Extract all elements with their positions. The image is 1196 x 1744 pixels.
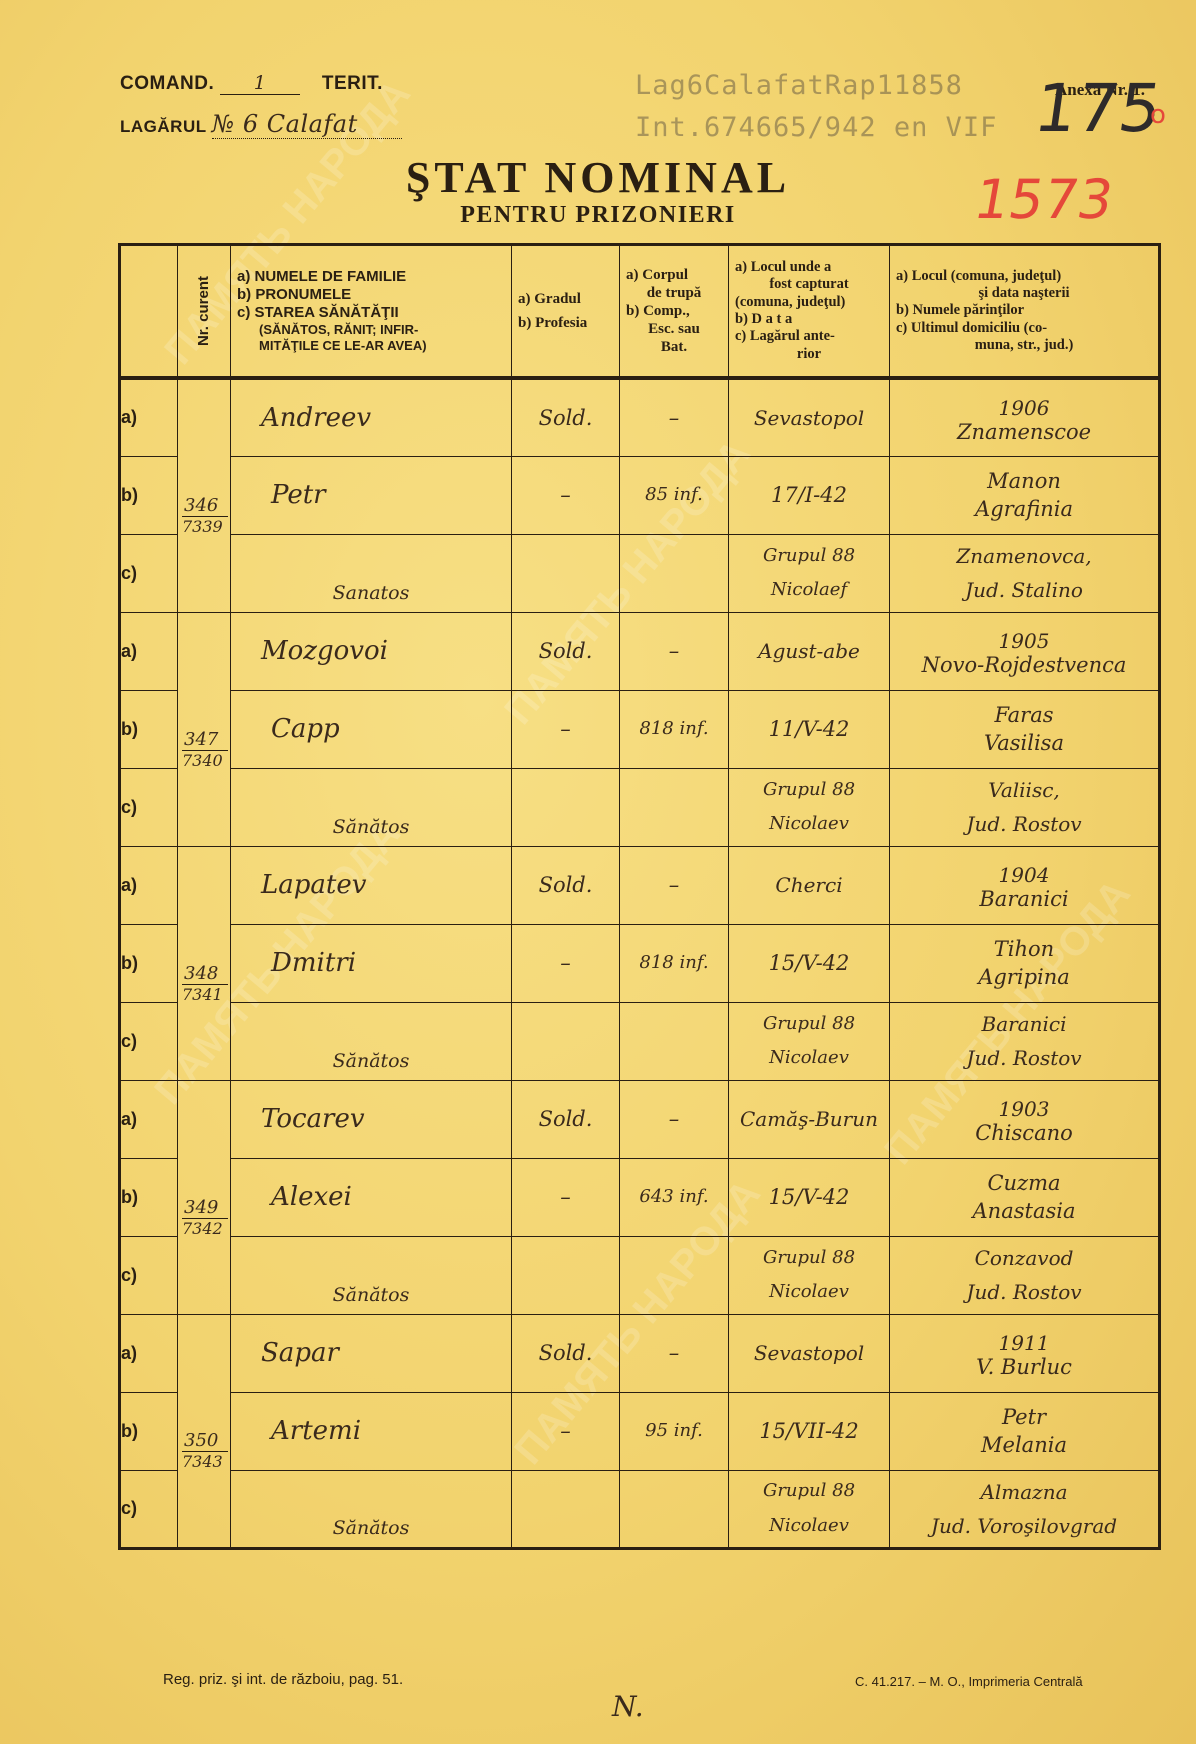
table-header-row: Nr. curent a) NUMELE DE FAMILIE b) PRONU… [120,245,1160,379]
birth-year: 1903 [890,1097,1158,1121]
birth-cell: 1903 Chiscano [890,1080,1160,1158]
red-circle-mark: o [1150,100,1166,130]
empty-cell [512,1002,620,1080]
pencil-folio-number: 175 [1030,70,1167,147]
row-label-a: a) [120,1080,178,1158]
previous-camp-group: Grupul 88 [729,1007,889,1041]
unit-a-cell: – [620,1080,729,1158]
birth-cell: 1904 Baranici [890,846,1160,924]
previous-camp-group: Grupul 88 [729,1474,889,1508]
birth-cell: 1911 V. Burluc [890,1314,1160,1392]
empty-cell [620,1236,729,1314]
previous-camp-group: Grupul 88 [729,773,889,807]
domicile-cell: Baranici Jud. Rostov [890,1002,1160,1080]
record-number: 346 7339 [178,378,231,612]
domicile-cell: Almazna Jud. Voroşilovgrad [890,1470,1160,1548]
profession-cell: – [512,456,620,534]
parent-mother: Vasilisa [890,729,1158,757]
page-title: ŞTAT NOMINAL [0,152,1196,203]
health-cell: Sanatos [231,534,512,612]
record-row-c: c) Sanatos Grupul 88 Nicolaef Znamenovca… [120,534,1160,612]
header-nr: Nr. curent [178,245,231,379]
unit-b-cell: 818 inf. [620,924,729,1002]
capture-date-cell: 11/V-42 [729,690,890,768]
unit-b-cell: 643 inf. [620,1158,729,1236]
empty-cell [512,534,620,612]
domicile-district: Jud. Stalino [890,573,1158,607]
unit-a-cell: – [620,1314,729,1392]
domicile-village: Znamenovca, [890,539,1158,573]
header-name: a) NUMELE DE FAMILIE b) PRONUMELE c) STA… [231,245,512,379]
previous-camp-group: Grupul 88 [729,1241,889,1275]
row-label-b: b) [120,690,178,768]
parents-cell: Faras Vasilisa [890,690,1160,768]
unit-b-cell: 85 inf. [620,456,729,534]
empty-cell [512,1470,620,1548]
domicile-village: Conzavod [890,1241,1158,1275]
record-row-b: b) Alexei – 643 inf. 15/V-42 Cuzma Anast… [120,1158,1160,1236]
parent-mother: Agripina [890,963,1158,991]
footer-regulation: Reg. priz. şi int. de războiu, pag. 51. [163,1671,403,1688]
row-label-text: c) [121,1265,137,1285]
empty-cell [620,768,729,846]
parent-father: Faras [890,701,1158,729]
captured-place-cell: Sevastopol [729,1314,890,1392]
parents-cell: Tihon Agripina [890,924,1160,1002]
header-birth: a) Locul (comuna, judeţul) şi data naşte… [890,245,1160,379]
birth-place: Baranici [979,887,1068,911]
previous-camp-cell: Grupul 88 Nicolaef [729,534,890,612]
parents-cell: Petr Melania [890,1392,1160,1470]
parent-mother: Melania [890,1431,1158,1459]
firstname-cell: Artemi [231,1392,512,1470]
record-row-c: c) Sănătos Grupul 88 Nicolaev Valiisc, J… [120,768,1160,846]
profession-cell: – [512,690,620,768]
page-subtitle: PENTRU PRIZONIERI [0,202,1196,229]
row-label-text: b) [121,1187,138,1207]
captured-place-cell: Agust-abe [729,612,890,690]
parent-father: Tihon [890,935,1158,963]
record-row-a: a) 349 7342 Tocarev Sold. – Camăş-Burun … [120,1080,1160,1158]
row-label-a: a) [120,378,178,456]
row-label-b: b) [120,456,178,534]
lagarul-label: LAGĂRUL [120,117,206,136]
profession-cell: – [512,1158,620,1236]
capture-date-cell: 15/VII-42 [729,1392,890,1470]
lagarul-value: № 6 Calafat [212,110,402,139]
birth-year: 1906 [890,396,1158,420]
row-label-text: a) [121,641,137,661]
empty-cell [620,534,729,612]
record-row-b: b) Dmitri – 818 inf. 15/V-42 Tihon Agrip… [120,924,1160,1002]
rank-cell: Sold. [512,612,620,690]
row-label-c: c) [120,534,178,612]
record-nr: 349 [182,1197,228,1219]
parent-mother: Agrafinia [890,495,1158,523]
archive-stamp-line2: Int.674665/942 en VIF [635,112,997,143]
empty-cell [620,1002,729,1080]
rank-cell: Sold. [512,1080,620,1158]
header-capture: a) Locul unde a fost capturat (comuna, j… [729,245,890,379]
birth-year: 1911 [890,1331,1158,1355]
domicile-cell: Znamenovca, Jud. Stalino [890,534,1160,612]
health-cell: Sănătos [231,1470,512,1548]
row-label-text: b) [121,719,138,739]
row-label-a: a) [120,846,178,924]
previous-camp-cell: Grupul 88 Nicolaev [729,1236,890,1314]
unit-a-cell: – [620,846,729,924]
previous-camp-place: Nicolaev [729,1509,889,1543]
unit-b-cell: 95 inf. [620,1392,729,1470]
row-label-text: c) [121,563,137,583]
record-nr-secondary: 7342 [178,1219,230,1238]
footer-printer: C. 41.217. – M. O., Imprimeria Centrală [855,1674,1083,1689]
record-nr-secondary: 7343 [178,1452,230,1471]
record-row-b: b) Petr – 85 inf. 17/I-42 Manon Agrafini… [120,456,1160,534]
captured-place-cell: Camăş-Burun [729,1080,890,1158]
record-row-c: c) Sănătos Grupul 88 Nicolaev Conzavod J… [120,1236,1160,1314]
previous-camp-place: Nicolaef [729,573,889,607]
surname-cell: Sapar [231,1314,512,1392]
row-label-b: b) [120,1158,178,1236]
parent-father: Petr [890,1403,1158,1431]
captured-place-cell: Sevastopol [729,378,890,456]
prisoner-table: Nr. curent a) NUMELE DE FAMILIE b) PRONU… [118,243,1161,1550]
birth-place: Novo-Rojdestvenca [922,653,1127,677]
record-nr-secondary: 7340 [178,751,230,770]
birth-cell: 1905 Novo-Rojdestvenca [890,612,1160,690]
row-label-a: a) [120,612,178,690]
firstname-cell: Alexei [231,1158,512,1236]
comand-label: COMAND. [120,73,214,94]
empty-cell [512,1236,620,1314]
record-nr: 350 [182,1430,228,1452]
row-label-text: a) [121,875,137,895]
previous-camp-cell: Grupul 88 Nicolaev [729,768,890,846]
record-nr-secondary: 7339 [178,517,230,536]
record-row-b: b) Artemi – 95 inf. 15/VII-42 Petr Melan… [120,1392,1160,1470]
previous-camp-place: Nicolaev [729,1041,889,1075]
record-row-a: a) 346 7339 Andreev Sold. – Sevastopol 1… [120,378,1160,456]
record-number: 350 7343 [178,1314,231,1548]
parent-father: Manon [890,467,1158,495]
surname-cell: Mozgovoi [231,612,512,690]
row-label-text: c) [121,797,137,817]
record-nr: 346 [182,495,228,517]
record-number: 347 7340 [178,612,231,846]
empty-cell [620,1470,729,1548]
row-label-text: b) [121,485,138,505]
capture-date-cell: 15/V-42 [729,924,890,1002]
parents-cell: Manon Agrafinia [890,456,1160,534]
domicile-district: Jud. Rostov [890,1275,1158,1309]
domicile-district: Jud. Rostov [890,1041,1158,1075]
health-cell: Sănătos [231,768,512,846]
unit-a-cell: – [620,612,729,690]
captured-place-cell: Cherci [729,846,890,924]
lagarul-line: LAGĂRUL № 6 Calafat [120,110,402,139]
row-label-text: a) [121,1109,137,1129]
profession-cell: – [512,924,620,1002]
record-row-a: a) 348 7341 Lapatev Sold. – Cherci 1904 … [120,846,1160,924]
row-label-text: a) [121,1343,137,1363]
footer-initial-mark: N. [612,1690,644,1723]
row-label-text: c) [121,1498,137,1518]
comand-value: 1 [220,72,300,95]
domicile-cell: Valiisc, Jud. Rostov [890,768,1160,846]
domicile-village: Valiisc, [890,773,1158,807]
previous-camp-place: Nicolaev [729,807,889,841]
firstname-cell: Petr [231,456,512,534]
record-row-c: c) Sănătos Grupul 88 Nicolaev Baranici J… [120,1002,1160,1080]
parents-cell: Cuzma Anastasia [890,1158,1160,1236]
capture-date-cell: 17/I-42 [729,456,890,534]
birth-year: 1904 [890,863,1158,887]
record-nr: 347 [182,729,228,751]
previous-camp-place: Nicolaev [729,1275,889,1309]
terit-label: TERIT. [322,73,383,94]
firstname-cell: Capp [231,690,512,768]
row-label-text: c) [121,1031,137,1051]
record-row-c: c) Sănătos Grupul 88 Nicolaev Almazna Ju… [120,1470,1160,1548]
unit-b-cell: 818 inf. [620,690,729,768]
record-number: 348 7341 [178,846,231,1080]
domicile-district: Jud. Voroşilovgrad [890,1509,1158,1543]
record-row-b: b) Capp – 818 inf. 11/V-42 Faras Vasilis… [120,690,1160,768]
header-corp: a) Corpul de trupă b) Comp., Esc. sau Ba… [620,245,729,379]
rank-cell: Sold. [512,1314,620,1392]
rank-cell: Sold. [512,846,620,924]
empty-cell [512,768,620,846]
firstname-cell: Dmitri [231,924,512,1002]
record-row-a: a) 347 7340 Mozgovoi Sold. – Agust-abe 1… [120,612,1160,690]
row-label-text: b) [121,953,138,973]
birth-place: Znamenscoe [957,420,1091,444]
row-label-c: c) [120,1002,178,1080]
record-nr: 348 [182,963,228,985]
comand-line: COMAND. 1 TERIT. [120,72,383,95]
row-label-c: c) [120,1470,178,1548]
row-label-b: b) [120,1392,178,1470]
health-cell: Sănătos [231,1002,512,1080]
header-grad: a) Gradul b) Profesia [512,245,620,379]
record-row-a: a) 350 7343 Sapar Sold. – Sevastopol 191… [120,1314,1160,1392]
header-label-col [120,245,178,379]
domicile-village: Almazna [890,1475,1158,1509]
surname-cell: Andreev [231,378,512,456]
capture-date-cell: 15/V-42 [729,1158,890,1236]
row-label-b: b) [120,924,178,1002]
archive-stamp-line1: Lag6CalafatRap11858 [635,70,963,101]
record-nr-secondary: 7341 [178,985,230,1004]
previous-camp-group: Grupul 88 [729,539,889,573]
birth-cell: 1906 Znamenscoe [890,378,1160,456]
parent-mother: Anastasia [890,1197,1158,1225]
domicile-cell: Conzavod Jud. Rostov [890,1236,1160,1314]
birth-place: V. Burluc [976,1355,1072,1379]
row-label-a: a) [120,1314,178,1392]
previous-camp-cell: Grupul 88 Nicolaev [729,1470,890,1548]
domicile-village: Baranici [890,1007,1158,1041]
record-number: 349 7342 [178,1080,231,1314]
row-label-c: c) [120,768,178,846]
profession-cell: – [512,1392,620,1470]
parent-father: Cuzma [890,1169,1158,1197]
health-cell: Sănătos [231,1236,512,1314]
unit-a-cell: – [620,378,729,456]
birth-place: Chiscano [975,1121,1073,1145]
domicile-district: Jud. Rostov [890,807,1158,841]
surname-cell: Lapatev [231,846,512,924]
birth-year: 1905 [890,629,1158,653]
row-label-text: b) [121,1421,138,1441]
previous-camp-cell: Grupul 88 Nicolaev [729,1002,890,1080]
surname-cell: Tocarev [231,1080,512,1158]
row-label-c: c) [120,1236,178,1314]
rank-cell: Sold. [512,378,620,456]
row-label-text: a) [121,407,137,427]
